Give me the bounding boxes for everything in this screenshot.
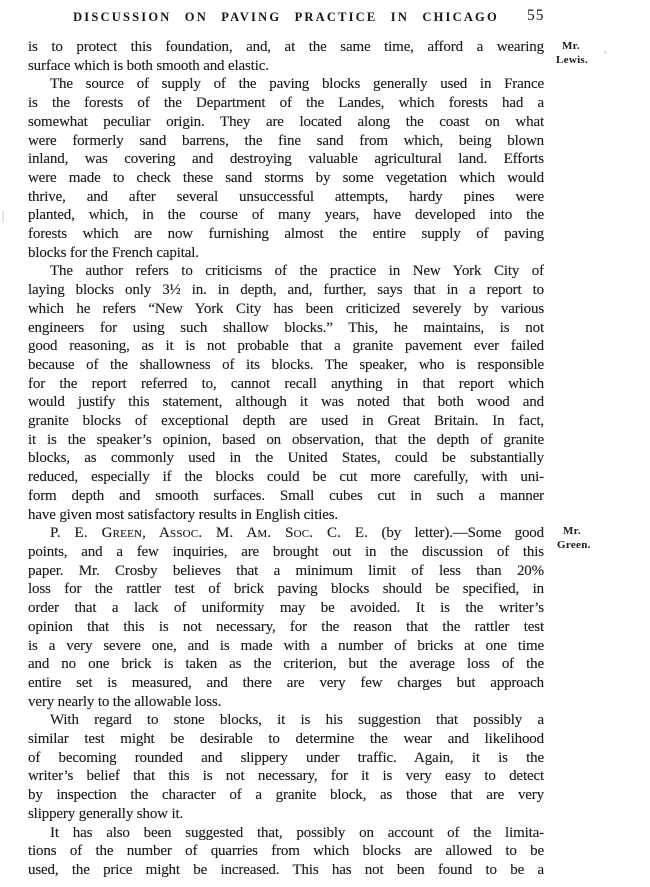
- text-line: opinion that this is not necessary, for …: [28, 618, 544, 637]
- margin-note-prefix: Mr.: [556, 40, 634, 54]
- text-line: because of the shallowness of its blocks…: [28, 356, 544, 375]
- running-head: DISCUSSION ON PAVING PRACTICE IN CHICAGO: [28, 10, 544, 25]
- text-line: slippery generally show it.: [28, 805, 544, 824]
- text-line: The author refers to criticisms of the p…: [28, 262, 544, 281]
- text-line: somewhat peculiar origin. They are locat…: [28, 113, 544, 132]
- text-line: is to protect this foundation, and, at t…: [28, 38, 544, 57]
- text-line: for the report referred to, cannot recal…: [28, 375, 544, 394]
- margin-note-name: Lewis.: [556, 54, 634, 68]
- text-line: forests which are now furnishing almost …: [28, 225, 544, 244]
- text-line: laying blocks only 3½ in. in depth, and,…: [28, 281, 544, 300]
- text-line: tions of the number of quarries from whi…: [28, 842, 544, 861]
- text-line: form depth and smooth surfaces. Small cu…: [28, 487, 544, 506]
- text-line: is a very severe one, and is made with a…: [28, 637, 544, 656]
- text-line: inland, was covering and destroying valu…: [28, 150, 544, 169]
- text-line: were formerly sand barrens, the fine san…: [28, 132, 544, 151]
- text-line: With regard to stone blocks, it is his s…: [28, 711, 544, 730]
- text-segment: (by letter).—Some good: [368, 525, 544, 541]
- text-line: were made to check these sand storms by …: [28, 169, 544, 188]
- speaker-name-smallcaps: P. E. Green, Assoc. M. Am. Soc. C. E.: [50, 525, 368, 541]
- text-line: it is the speaker’s opinion, based on ob…: [28, 431, 544, 450]
- text-line: surface which is both smooth and elastic…: [28, 57, 544, 76]
- text-line: blocks for the French capital.: [28, 244, 544, 263]
- page-number: 55: [527, 7, 545, 25]
- scan-speck: [2, 210, 4, 223]
- text-line: reduced, especially if the blocks could …: [28, 468, 544, 487]
- body-text-column: is to protect this foundation, and, at t…: [28, 38, 544, 880]
- book-page: DISCUSSION ON PAVING PRACTICE IN CHICAGO…: [0, 0, 650, 887]
- text-line: of becoming rounded and slippery under t…: [28, 749, 544, 768]
- text-line: and no one brick is taken as the criteri…: [28, 655, 544, 674]
- margin-note-green: Mr. Green.: [557, 525, 635, 552]
- text-line: similar test might be desirable to deter…: [28, 730, 544, 749]
- paragraph-2: The source of supply of the paving block…: [28, 75, 544, 262]
- margin-note-prefix: Mr.: [557, 525, 635, 539]
- text-line: by inspection the character of a granite…: [28, 786, 544, 805]
- scan-speck: [604, 51, 607, 54]
- text-line: paper. Mr. Crosby believes that a minimu…: [28, 562, 544, 581]
- paragraph-6: It has also been suggested that, possibl…: [28, 824, 544, 880]
- text-line: It has also been suggested that, possibl…: [28, 824, 544, 843]
- text-line: thrive, and after several unsuccessful a…: [28, 188, 544, 207]
- text-line: order that a lack of uniformity may be a…: [28, 599, 544, 618]
- margin-note-lewis: Mr. Lewis.: [556, 40, 634, 67]
- text-line: The source of supply of the paving block…: [28, 75, 544, 94]
- text-line: very nearly to the allowable loss.: [28, 693, 544, 712]
- text-line: granite blocks of exceptional depth are …: [28, 412, 544, 431]
- text-line: is the forests of the Department of the …: [28, 94, 544, 113]
- text-line: entire set is measured, and there are ve…: [28, 674, 544, 693]
- text-line: good reasoning, as it is not probable th…: [28, 337, 544, 356]
- text-line: points, and a few inquiries, are brought…: [28, 543, 544, 562]
- page-header-title: DISCUSSION ON PAVING PRACTICE IN CHICAGO: [73, 10, 499, 24]
- text-line: blocks, as commonly used in the United S…: [28, 449, 544, 468]
- text-line: would justify this statement, although i…: [28, 393, 544, 412]
- paragraph-5: With regard to stone blocks, it is his s…: [28, 711, 544, 823]
- paragraph-1: is to protect this foundation, and, at t…: [28, 38, 544, 75]
- text-line: which he refers “New York City has been …: [28, 300, 544, 319]
- text-line: have given most satisfactory results in …: [28, 506, 544, 525]
- paragraph-4: P. E. Green, Assoc. M. Am. Soc. C. E. (b…: [28, 524, 544, 711]
- text-line: used, the price might be increased. This…: [28, 861, 544, 880]
- text-line: engineers for using such shallow blocks.…: [28, 319, 544, 338]
- margin-note-name: Green.: [557, 539, 635, 553]
- paragraph-3: The author refers to criticisms of the p…: [28, 262, 544, 524]
- text-line: P. E. Green, Assoc. M. Am. Soc. C. E. (b…: [28, 524, 544, 543]
- text-line: writer’s belief that this is not necessa…: [28, 767, 544, 786]
- text-line: planted, which, in the course of many ye…: [28, 206, 544, 225]
- text-line: loss for the rattler test of brick pavin…: [28, 580, 544, 599]
